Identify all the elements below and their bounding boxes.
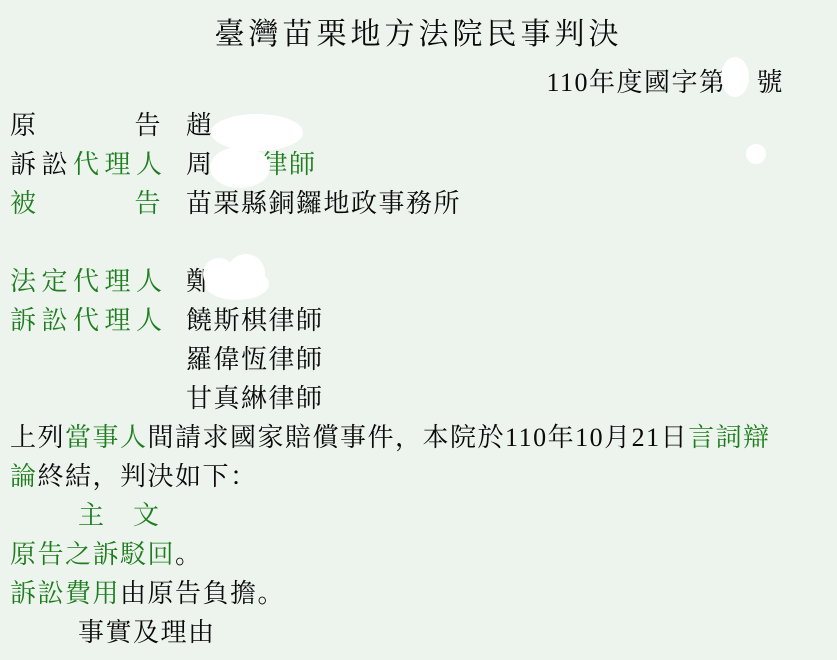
document-body: 原告趙 訴訟代理人周律師 被告苗栗縣銅鑼地政事務所 法定代理人鄭 訴訟代理人饒斯… — [10, 106, 837, 652]
redaction-blob-plaintiff-attorney-name — [210, 147, 270, 188]
redaction-blob-representative-name-bottom — [205, 268, 269, 300]
party-label: 被告 — [10, 184, 162, 223]
party-label — [10, 379, 162, 418]
party-row-plaintiff: 原告趙 — [10, 106, 837, 145]
party-label: 訴訟代理人 — [10, 301, 162, 340]
party-label — [10, 340, 162, 379]
party-row-plaintiff-attorney: 訴訟代理人周律師 — [10, 145, 837, 184]
document-title: 臺灣苗栗地方法院民事判決 — [0, 15, 837, 55]
party-row-defendant-attorney-1: 訴訟代理人饒斯棋律師 — [10, 301, 837, 340]
party-row-defendant-attorney-2: 羅偉恆律師 — [10, 340, 837, 379]
case-number-suffix: 號 — [756, 68, 784, 97]
ruling-line-2: 訴訟費用由原告負擔。 — [10, 574, 837, 613]
case-number-prefix: 110年度國字第 — [546, 68, 726, 97]
case-summary-line-1: 上列當事人間請求國家賠償事件，本院於110年10月21日言詞辯 — [10, 418, 837, 457]
party-row-defendant: 被告苗栗縣銅鑼地政事務所 — [10, 184, 837, 223]
facts-and-reasons-heading: 事實及理由 — [10, 613, 837, 652]
party-name: 饒斯棋律師 — [186, 306, 324, 335]
redaction-blob-case-number — [721, 57, 749, 97]
party-row-legal-representative: 法定代理人鄭 — [10, 262, 837, 301]
party-name: 苗栗縣銅鑼地政事務所 — [186, 189, 461, 218]
blank-row — [10, 223, 837, 262]
party-row-defendant-attorney-3: 甘真綝律師 — [10, 379, 837, 418]
party-label: 訴訟代理人 — [10, 145, 162, 184]
main-text-heading: 主 文 — [10, 496, 837, 535]
party-label: 法定代理人 — [10, 262, 162, 301]
party-name: 羅偉恆律師 — [186, 345, 324, 374]
ruling-line-1: 原告之訴駁回。 — [10, 535, 837, 574]
judgment-document: 臺灣苗栗地方法院民事判決 110年度國字第號 原告趙 訴訟代理人周律師 被告苗栗… — [0, 0, 837, 660]
party-name: 甘真綝律師 — [186, 384, 324, 413]
case-summary-line-2: 論終結，判決如下： — [10, 457, 837, 496]
redaction-blob-small-dot — [746, 144, 766, 164]
party-name: 趙 — [186, 111, 214, 140]
redaction-blob-plaintiff-name-top — [211, 114, 303, 151]
party-label: 原告 — [10, 106, 162, 145]
